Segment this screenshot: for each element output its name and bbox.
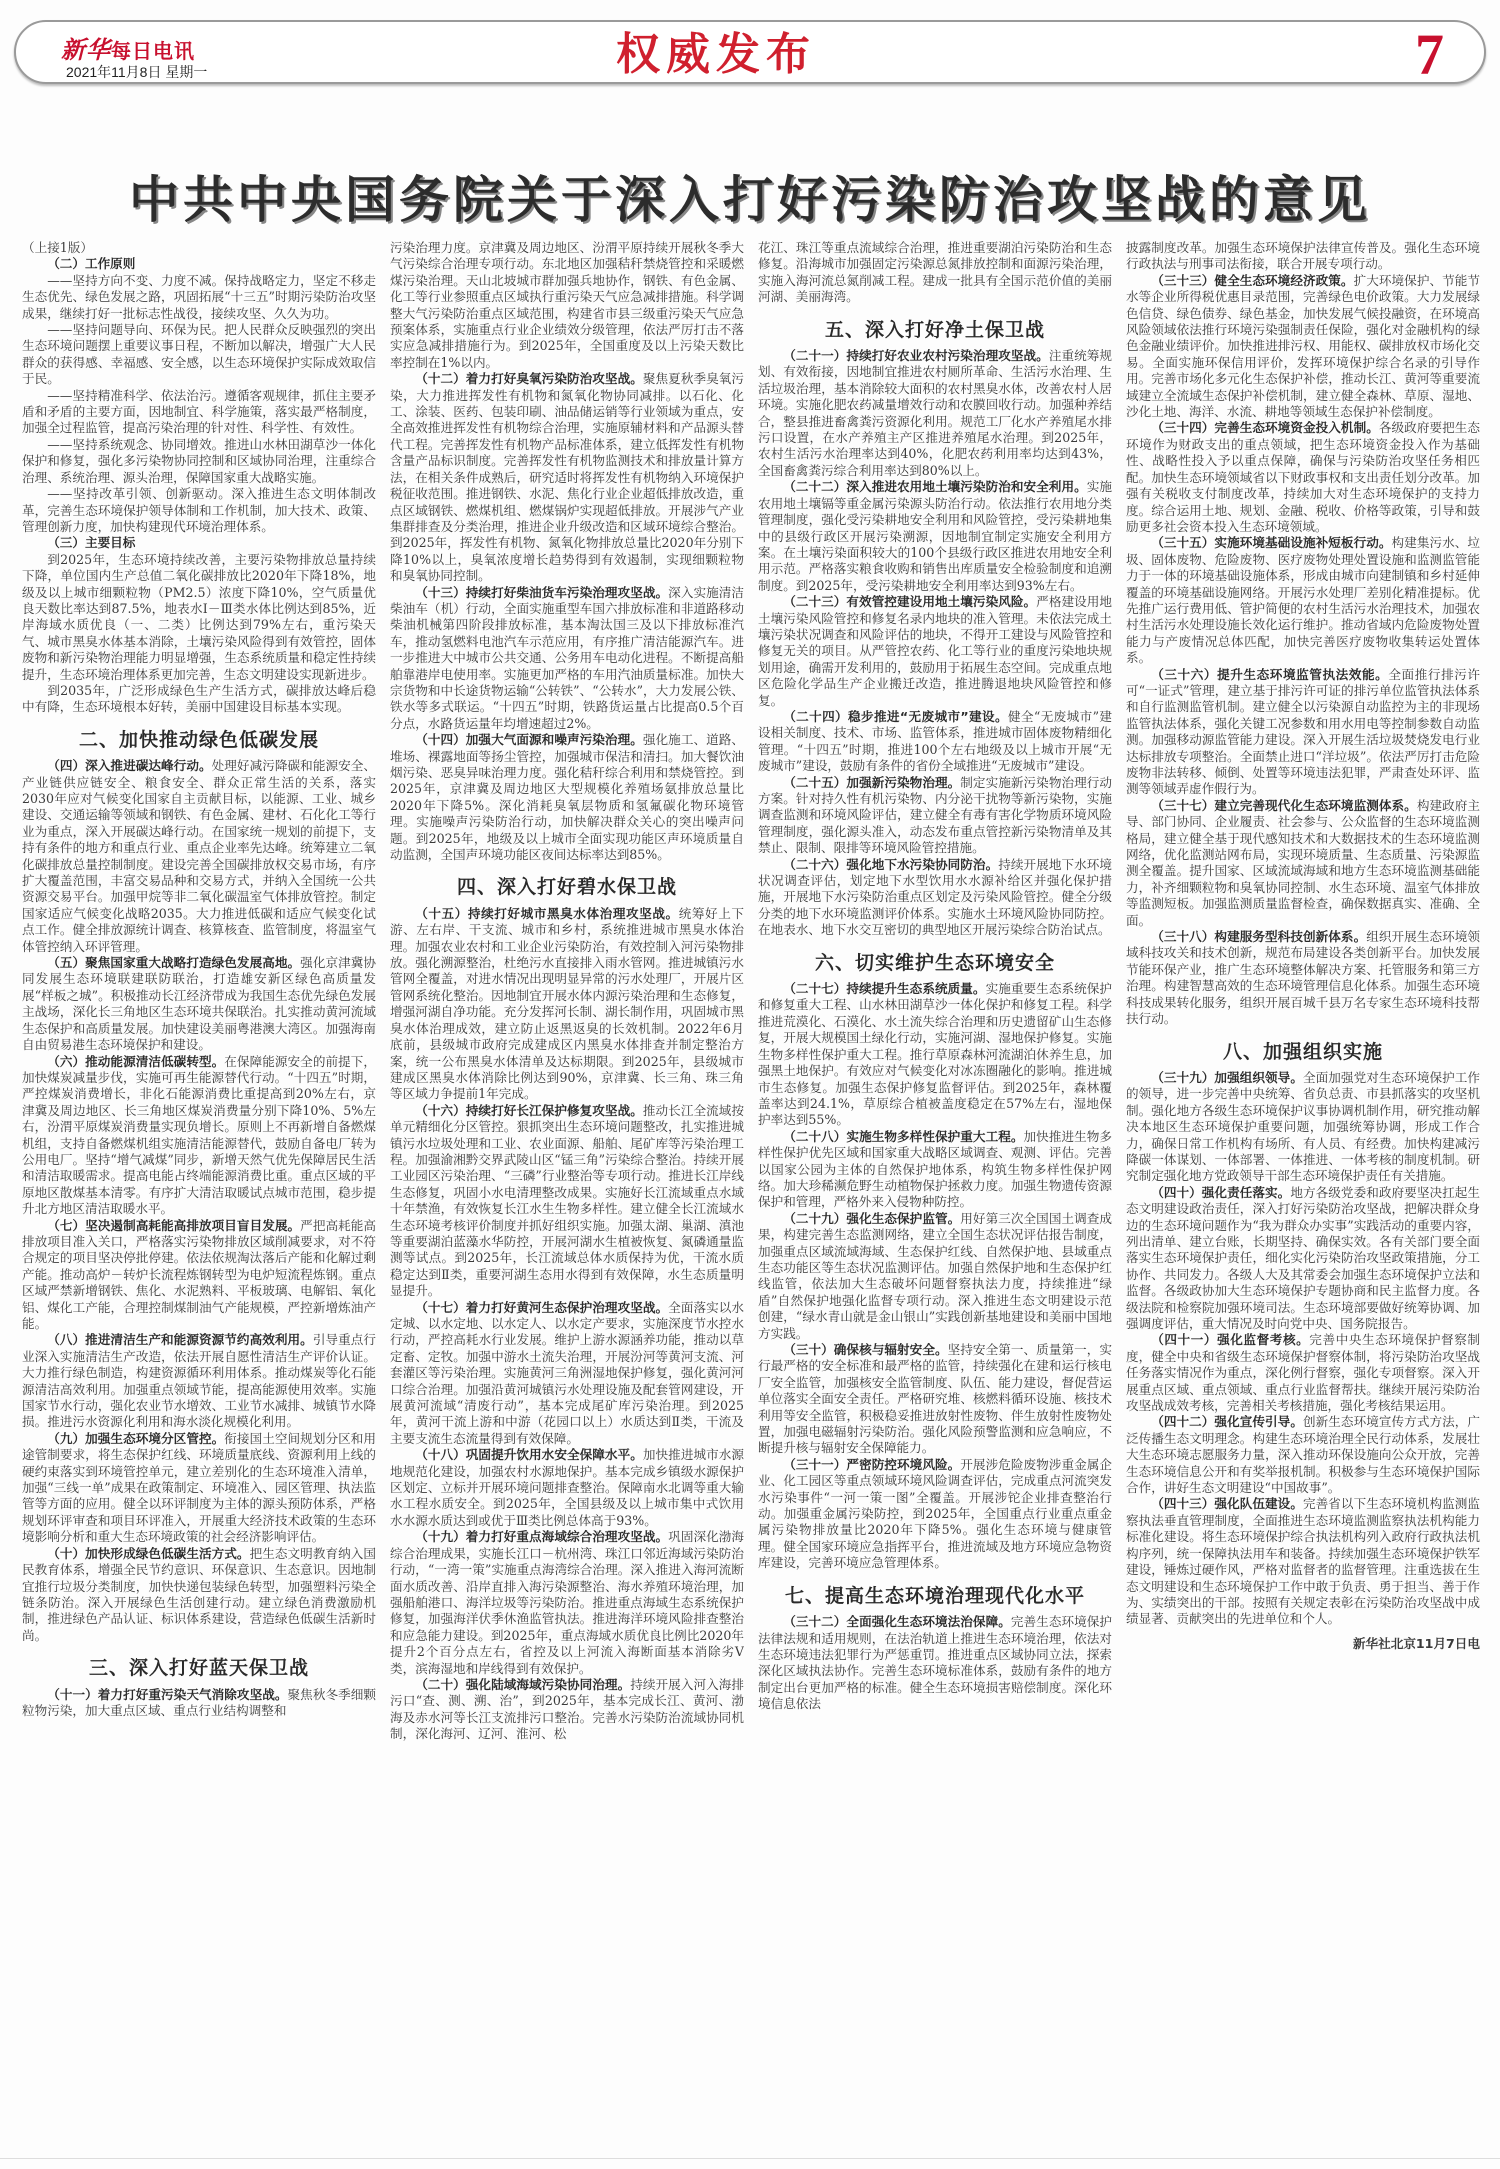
subheading: （九）加强生态环境分区管控。 bbox=[47, 1431, 224, 1446]
subheading: （六）推动能源清洁低碳转型。 bbox=[47, 1054, 224, 1069]
paragraph: （四）深入推进碳达峰行动。处理好减污降碳和能源安全、产业链供应链安全、粮食安全、… bbox=[22, 758, 376, 955]
subheading: （四十三）强化队伍建设。 bbox=[1151, 1496, 1303, 1511]
subheading: （十四）加强大气面源和噪声污染治理。 bbox=[415, 732, 643, 747]
paragraph-text: 到2025年，生态环境持续改善，主要污染物排放总量持续下降，单位国内生产总值二氧… bbox=[22, 552, 376, 682]
paragraph: （十八）巩固提升饮用水安全保障水平。加快推进城市水源地规范化建设，加强农村水源地… bbox=[390, 1447, 744, 1529]
section-title: 权威发布 bbox=[616, 30, 816, 80]
paragraph-text: 聚焦夏秋季臭氧污染，大力推进挥发性有机物和氮氧化物协同减排。以石化、化工、涂装、… bbox=[390, 371, 744, 583]
subheading: （三十五）实施环境基础设施补短板行动。 bbox=[1151, 535, 1391, 550]
paragraph-text: 花江、珠江等重点流域综合治理，推进重要湖泊污染防治和生态修复。沿海城市加强固定污… bbox=[758, 240, 1112, 304]
paragraph: ——坚持系统观念、协同增效。推进山水林田湖草沙一体化保护和修复，强化多污染物协同… bbox=[22, 437, 376, 486]
paragraph: （二十）强化陆域海域污染协同治理。持续开展入河入海排污口“查、测、溯、治”，到2… bbox=[390, 1677, 744, 1743]
paragraph-text: 到2035年，广泛形成绿色生产生活方式，碳排放达峰后稳中有降，生态环境根本好转，… bbox=[22, 683, 376, 714]
paragraph-text: 构建集污水、垃圾、固体废物、危险废物、医疗废物处理处置设施和监测监管能力于一体的… bbox=[1126, 535, 1480, 665]
paragraph-text: 坚持安全第一、质量第一，实行最严格的安全标准和最严格的监管，持续强化在建和运行核… bbox=[758, 1342, 1112, 1455]
paragraph-text: ——坚持系统观念、协同增效。推进山水林田湖草沙一体化保护和修复，强化多污染物协同… bbox=[22, 437, 376, 485]
page-headline: 中共中央国务院关于深入打好污染防治攻坚战的意见 bbox=[0, 160, 1500, 232]
paragraph-text: 各级政府要把生态环境作为财政支出的重点领域，把生态环境资金投入作为基础性、战略性… bbox=[1126, 420, 1480, 533]
paragraph: （三十三）健全生态环境经济政策。扩大环境保护、节能节水等企业所得税优惠目录范围，… bbox=[1126, 273, 1480, 421]
subheading: （十六）持续打好长江保护修复攻坚战。 bbox=[415, 1103, 643, 1118]
section-heading: 五、深入打好净土保卫战 bbox=[758, 322, 1112, 338]
paragraph: （二十六）强化地下水污染协同防治。持续开展地下水环境状况调查评估，划定地下水型饮… bbox=[758, 857, 1112, 939]
newspaper-page: 新华每日电讯 2021年11月8日 星期一 权威发布 7 中共中央国务院关于深入… bbox=[0, 0, 1500, 2169]
paragraph-text: 衔接国土空间规划分区和用途管制要求，将生态保护红线、环境质量底线、资源利用上线的… bbox=[22, 1431, 376, 1544]
paragraph: （三十二）全面强化生态环境法治保障。完善生态环境保护法律法规和适用规则，在法治轨… bbox=[758, 1614, 1112, 1712]
subheading: （五）聚焦国家重大战略打造绿色发展高地。 bbox=[47, 955, 300, 970]
subheading: （三十三）健全生态环境经济政策。 bbox=[1151, 273, 1353, 288]
page-number: 7 bbox=[1415, 22, 1444, 88]
paragraph: ——坚持改革引领、创新驱动。深入推进生态文明体制改革，完善生态环境保护领导体制和… bbox=[22, 486, 376, 535]
paragraph: （十一）着力打好重污染天气消除攻坚战。聚焦秋冬季细颗粒物污染，加大重点区域、重点… bbox=[22, 1687, 376, 1720]
paragraph-text: 严把高耗能高排放项目准入关口，严格落实污染物排放区域削减要求，对不符合规定的项目… bbox=[22, 1218, 376, 1331]
paragraph-text: ——坚持改革引领、创新驱动。深入推进生态文明体制改革，完善生态环境保护领导体制和… bbox=[22, 486, 376, 534]
paragraph: （九）加强生态环境分区管控。衔接国土空间规划分区和用途管制要求，将生态保护红线、… bbox=[22, 1431, 376, 1546]
paragraph: （二十四）稳步推进“无废城市”建设。健全“无废城市”建设相关制度、技术、市场、监… bbox=[758, 709, 1112, 775]
paragraph: （六）推动能源清洁低碳转型。在保障能源安全的前提下，加快煤炭减量步伐，实施可再生… bbox=[22, 1054, 376, 1218]
paragraph-text: ——坚持精准科学、依法治污。遵循客观规律，抓住主要矛盾和矛盾的主要方面，因地制宜… bbox=[22, 388, 376, 436]
paragraph-text: 开展涉危险废物涉重金属企业、化工园区等重点领域环境风险调查评估，完成重点河流突发… bbox=[758, 1457, 1112, 1570]
subheading: （三十九）加强组织领导。 bbox=[1151, 1070, 1303, 1085]
paragraph: （二十三）有效管控建设用地土壤污染风险。严格建设用地土壤污染风险管控和修复名录内… bbox=[758, 594, 1112, 709]
paragraph: （十九）着力打好重点海域综合治理攻坚战。巩固深化渤海综合治理成果，实施长江口－杭… bbox=[390, 1529, 744, 1677]
subheading: （二十）强化陆域海域污染协同治理。 bbox=[415, 1677, 630, 1692]
paragraph-text: 实施重要生态系统保护和修复重大工程、山水林田湖草沙一体化保护和修复工程。科学推进… bbox=[758, 981, 1112, 1127]
paragraph: （二十七）持续提升生态系统质量。实施重要生态系统保护和修复重大工程、山水林田湖草… bbox=[758, 981, 1112, 1129]
subheading: （十七）着力打好黄河生态保护治理攻坚战。 bbox=[415, 1300, 668, 1315]
paragraph-text: 用好第三次全国国土调查成果，构建完善生态监测网络，建立全国生态状况评估报告制度，… bbox=[758, 1211, 1112, 1341]
column-1: （上接1版）（二）工作原则——坚持方向不变、力度不减。保持战略定力，坚定不移走生… bbox=[22, 240, 376, 2150]
paragraph: （二十九）强化生态保护监管。用好第三次全国国土调查成果，构建完善生态监测网络，建… bbox=[758, 1211, 1112, 1342]
subheading: （八）推进清洁生产和能源资源节约高效利用。 bbox=[47, 1332, 313, 1347]
subheading: （四十）强化责任落实。 bbox=[1151, 1185, 1290, 1200]
paragraph-text: 地方各级党委和政府要坚决扛起生态文明建设政治责任，深入打好污染防治攻坚战，把解决… bbox=[1126, 1185, 1480, 1331]
paragraph: 到2035年，广泛形成绿色生产生活方式，碳排放达峰后稳中有降，生态环境根本好转，… bbox=[22, 683, 376, 716]
subheading: （四十二）强化宣传引导。 bbox=[1151, 1414, 1303, 1429]
paragraph-text: 统筹好上下游、左右岸、干支流、城市和乡村，系统推进城市黑臭水体治理。加强农业农村… bbox=[390, 906, 744, 1101]
paragraph: （二十一）持续打好农业农村污染治理攻坚战。注重统筹规划、有效衔接，因地制宜推进农… bbox=[758, 348, 1112, 479]
subheading: （十五）持续打好城市黑臭水体治理攻坚战。 bbox=[415, 906, 679, 921]
dateline: 新华社北京11月7日电 bbox=[1126, 1636, 1480, 1652]
paragraph: （七）坚决遏制高耗能高排放项目盲目发展。严把高耗能高排放项目准入关口，严格落实污… bbox=[22, 1218, 376, 1333]
paragraph: （四十三）强化队伍建设。完善省以下生态环境机构监测监察执法垂直管理制度，全面推进… bbox=[1126, 1496, 1480, 1627]
paragraph: （三）主要目标 bbox=[22, 535, 376, 551]
paragraph: （三十一）严密防控环境风险。开展涉危险废物涉重金属企业、化工园区等重点领域环境风… bbox=[758, 1457, 1112, 1572]
paragraph: （五）聚焦国家重大战略打造绿色发展高地。强化京津冀协同发展生态环境联建联防联治，… bbox=[22, 955, 376, 1053]
subheading: （七）坚决遏制高耗能高排放项目盲目发展。 bbox=[47, 1218, 300, 1233]
paragraph-text: 完善省以下生态环境机构监测监察执法垂直管理制度，全面推进生态环境监测监察执法机构… bbox=[1126, 1496, 1480, 1626]
subheading: （二）工作原则 bbox=[47, 256, 135, 271]
section-heading: 二、加快推动绿色低碳发展 bbox=[22, 732, 376, 748]
paragraph: （十五）持续打好城市黑臭水体治理攻坚战。统筹好上下游、左右岸、干支流、城市和乡村… bbox=[390, 906, 744, 1103]
paragraph: （二）工作原则 bbox=[22, 256, 376, 272]
paragraph: （三十六）提升生态环境监管执法效能。全面推行排污许可“一证式”管理，建立基于排污… bbox=[1126, 667, 1480, 798]
paragraph-text: 注重统筹规划、有效衔接，因地制宜推进农村厕所革命、生活污水治理、生活垃圾治理，基… bbox=[758, 348, 1112, 478]
subheading: （三）主要目标 bbox=[47, 535, 135, 550]
paragraph: （八）推进清洁生产和能源资源节约高效利用。引导重点行业深入实施清洁生产改造，依法… bbox=[22, 1332, 376, 1430]
subheading: （十一）着力打好重污染天气消除攻坚战。 bbox=[47, 1687, 287, 1702]
paragraph: （十六）持续打好长江保护修复攻坚战。推动长江全流域按单元精细化分区管控。狠抓突出… bbox=[390, 1103, 744, 1300]
paragraph: （三十九）加强组织领导。全面加强党对生态环境保护工作的领导，进一步完善中央统筹、… bbox=[1126, 1070, 1480, 1185]
paragraph: （四十）强化责任落实。地方各级党委和政府要坚决扛起生态文明建设政治责任，深入打好… bbox=[1126, 1185, 1480, 1333]
column-2: 污染治理力度。京津冀及周边地区、汾渭平原持续开展秋冬季大气污染综合治理专项行动。… bbox=[390, 240, 744, 2150]
subheading: （三十八）构建服务型科技创新体系。 bbox=[1151, 929, 1366, 944]
paragraph-text: 处理好减污降碳和能源安全、产业链供应链安全、粮食安全、群众正常生活的关系，落实2… bbox=[22, 758, 376, 953]
subheading: （二十一）持续打好农业农村污染治理攻坚战。 bbox=[783, 348, 1049, 363]
paragraph-text: 在保障能源安全的前提下，加快煤炭减量步伐，实施可再生能源替代行动。“十四五”时期… bbox=[22, 1054, 376, 1217]
paragraph: ——坚持方向不变、力度不减。保持战略定力，坚定不移走生态优先、绿色发展之路，巩固… bbox=[22, 273, 376, 322]
brand-logo: 新华每日电讯 bbox=[61, 30, 195, 65]
paragraph: 到2025年，生态环境持续改善，主要污染物排放总量持续下降，单位国内生产总值二氧… bbox=[22, 552, 376, 683]
paragraph: （十七）着力打好黄河生态保护治理攻坚战。全面落实以水定城、以水定地、以水定人、以… bbox=[390, 1300, 744, 1448]
subheading: （二十七）持续提升生态系统质量。 bbox=[783, 981, 985, 996]
subheading: （二十三）有效管控建设用地土壤污染风险。 bbox=[783, 594, 1036, 609]
paragraph: （二十五）加强新污染物治理。制定实施新污染物治理行动方案。针对持久性有机污染物、… bbox=[758, 775, 1112, 857]
subheading: （二十二）深入推进农用地土壤污染防治和安全利用。 bbox=[783, 479, 1087, 494]
subheading: （二十六）强化地下水污染协同防治。 bbox=[783, 857, 998, 872]
paragraph-text: 扩大环境保护、节能节水等企业所得税优惠目录范围，完善绿色电价政策。大力发展绿色信… bbox=[1126, 273, 1480, 419]
subheading: （三十四）完善生态环境资金投入机制。 bbox=[1151, 420, 1379, 435]
paragraph-text: ——坚持方向不变、力度不减。保持战略定力，坚定不移走生态优先、绿色发展之路，巩固… bbox=[22, 273, 376, 321]
subheading: （二十九）强化生态保护监管。 bbox=[783, 1211, 960, 1226]
paragraph-text: 全面加强党对生态环境保护工作的领导，进一步完善中央统筹、省负总责、市县抓落实的攻… bbox=[1126, 1070, 1480, 1183]
subheading: （二十八）实施生物多样性保护重大工程。 bbox=[783, 1129, 1023, 1144]
subheading: （十三）持续打好柴油货车污染治理攻坚战。 bbox=[415, 585, 668, 600]
brand-subtitle: 每日电讯 bbox=[111, 39, 195, 63]
issue-date: 2021年11月8日 星期一 bbox=[66, 62, 207, 82]
subheading: （三十六）提升生态环境监管执法效能。 bbox=[1151, 667, 1388, 682]
paragraph: ——坚持精准科学、依法治污。遵循客观规律，抓住主要矛盾和矛盾的主要方面，因地制宜… bbox=[22, 388, 376, 437]
paragraph: （十四）加强大气面源和噪声污染治理。强化施工、道路、堆场、裸露地面等扬尘管控，加… bbox=[390, 732, 744, 863]
masthead: 新华每日电讯 2021年11月8日 星期一 权威发布 7 bbox=[14, 20, 1486, 84]
subheading: （十二）着力打好臭氧污染防治攻坚战。 bbox=[415, 371, 643, 386]
subheading: （二十五）加强新污染物治理。 bbox=[783, 775, 960, 790]
paragraph-text: 全面推行排污许可“一证式”管理，建立基于排污许可证的排污单位监管执法体系和自行监… bbox=[1126, 667, 1480, 797]
paragraph: （四十一）强化监督考核。完善中央生态环境保护督察制度，健全中央和省级生态环境保护… bbox=[1126, 1332, 1480, 1414]
subheading: （十）加快形成绿色低碳生活方式。 bbox=[47, 1546, 249, 1561]
bottom-divider bbox=[0, 2158, 1500, 2159]
paragraph-text: 披露制度改革。加强生态环境保护法律宣传普及。强化生态环境行政执法与刑事司法衔接，… bbox=[1126, 240, 1480, 271]
paragraph-text: 构建政府主导、部门协同、企业履责、社会参与、公众监督的生态环境监测格局，建立健全… bbox=[1126, 798, 1480, 928]
paragraph-text: 实施农用地土壤镉等重金属污染源头防治行动。依法推行农用地分类管理制度，强化受污染… bbox=[758, 479, 1112, 592]
paragraph-text: ——坚持问题导向、环保为民。把人民群众反映强烈的突出生态环境问题摆上重要议事日程… bbox=[22, 322, 376, 386]
continuation-note: （上接1版） bbox=[22, 240, 376, 256]
subheading: （三十二）全面强化生态环境法治保障。 bbox=[783, 1614, 1011, 1629]
paragraph-text: 强化施工、道路、堆场、裸露地面等扬尘管控，加强城市保洁和清扫。加大餐饮油烟污染、… bbox=[390, 732, 744, 862]
section-heading: 八、加强组织实施 bbox=[1126, 1044, 1480, 1060]
subheading: （十九）着力打好重点海域综合治理攻坚战。 bbox=[415, 1529, 668, 1544]
paragraph: ——坚持问题导向、环保为民。把人民群众反映强烈的突出生态环境问题摆上重要议事日程… bbox=[22, 322, 376, 388]
paragraph: （四十二）强化宣传引导。创新生态环境宣传方式方法，广泛传播生态文明理念。构建生态… bbox=[1126, 1414, 1480, 1496]
column-4: 披露制度改革。加强生态环境保护法律宣传普及。强化生态环境行政执法与刑事司法衔接，… bbox=[1126, 240, 1480, 2150]
paragraph: （三十七）建立完善现代化生态环境监测体系。构建政府主导、部门协同、企业履责、社会… bbox=[1126, 798, 1480, 929]
paragraph-text: 全面落实以水定城、以水定地、以水定人、以水定产要求，实施深度节水控水行动，严控高… bbox=[390, 1300, 744, 1446]
paragraph: （三十四）完善生态环境资金投入机制。各级政府要把生态环境作为财政支出的重点领域，… bbox=[1126, 420, 1480, 535]
paragraph: 花江、珠江等重点流域综合治理，推进重要湖泊污染防治和生态修复。沿海城市加强固定污… bbox=[758, 240, 1112, 306]
paragraph: （十二）着力打好臭氧污染防治攻坚战。聚焦夏秋季臭氧污染，大力推进挥发性有机物和氮… bbox=[390, 371, 744, 584]
subheading: （十八）巩固提升饮用水安全保障水平。 bbox=[415, 1447, 643, 1462]
paragraph-text: 推动长江全流域按单元精细化分区管控。狠抓突出生态环境问题整改，扎实推进城镇污水垃… bbox=[390, 1103, 744, 1298]
subheading: （三十）确保核与辐射安全。 bbox=[783, 1342, 947, 1357]
section-heading: 七、提高生态环境治理现代化水平 bbox=[758, 1588, 1112, 1604]
subheading: （三十一）严密防控环境风险。 bbox=[783, 1457, 960, 1472]
subheading: （三十七）建立完善现代化生态环境监测体系。 bbox=[1151, 798, 1417, 813]
paragraph-text: 巩固深化渤海综合治理成果，实施长江口－杭州湾、珠江口邻近海域污染防治行动，“一湾… bbox=[390, 1529, 744, 1675]
section-heading: 四、深入打好碧水保卫战 bbox=[390, 879, 744, 895]
paragraph: （十）加快形成绿色低碳生活方式。把生态文明教育纳入国民教育体系，增强全民节约意识… bbox=[22, 1546, 376, 1644]
column-3: 花江、珠江等重点流域综合治理，推进重要湖泊污染防治和生态修复。沿海城市加强固定污… bbox=[758, 240, 1112, 2150]
paragraph: （二十八）实施生物多样性保护重大工程。加快推进生物多样性保护优先区域和国家重大战… bbox=[758, 1129, 1112, 1211]
paragraph-text: 污染治理力度。京津冀及周边地区、汾渭平原持续开展秋冬季大气污染综合治理专项行动。… bbox=[390, 240, 744, 370]
paragraph: 污染治理力度。京津冀及周边地区、汾渭平原持续开展秋冬季大气污染综合治理专项行动。… bbox=[390, 240, 744, 371]
section-heading: 三、深入打好蓝天保卫战 bbox=[22, 1660, 376, 1676]
paragraph: （三十五）实施环境基础设施补短板行动。构建集污水、垃圾、固体废物、危险废物、医疗… bbox=[1126, 535, 1480, 666]
paragraph: （三十）确保核与辐射安全。坚持安全第一、质量第一，实行最严格的安全标准和最严格的… bbox=[758, 1342, 1112, 1457]
section-heading: 六、切实维护生态环境安全 bbox=[758, 955, 1112, 971]
paragraph: （三十八）构建服务型科技创新体系。组织开展生态环境领域科技攻关和技术创新，规范布… bbox=[1126, 929, 1480, 1027]
paragraph: （十三）持续打好柴油货车污染治理攻坚战。深入实施清洁柴油车（机）行动，全面实施重… bbox=[390, 585, 744, 733]
paragraph-text: 严格建设用地土壤污染风险管控和修复名录内地块的准入管理。未依法完成土壤污染状况调… bbox=[758, 594, 1112, 707]
subheading: （四）深入推进碳达峰行动。 bbox=[47, 758, 211, 773]
subheading: （二十四）稳步推进“无废城市”建设。 bbox=[783, 709, 1008, 724]
paragraph-text: 深入实施清洁柴油车（机）行动，全面实施重型车国六排放标准和非道路移动柴油机械第四… bbox=[390, 585, 744, 731]
brand-name: 新华 bbox=[61, 35, 111, 64]
subheading: （四十一）强化监督考核。 bbox=[1151, 1332, 1309, 1347]
paragraph: 披露制度改革。加强生态环境保护法律宣传普及。强化生态环境行政执法与刑事司法衔接，… bbox=[1126, 240, 1480, 273]
paragraph: （二十二）深入推进农用地土壤污染防治和安全利用。实施农用地土壤镉等重金属污染源头… bbox=[758, 479, 1112, 594]
article-body: （上接1版）（二）工作原则——坚持方向不变、力度不减。保持战略定力，坚定不移走生… bbox=[22, 240, 1480, 2150]
